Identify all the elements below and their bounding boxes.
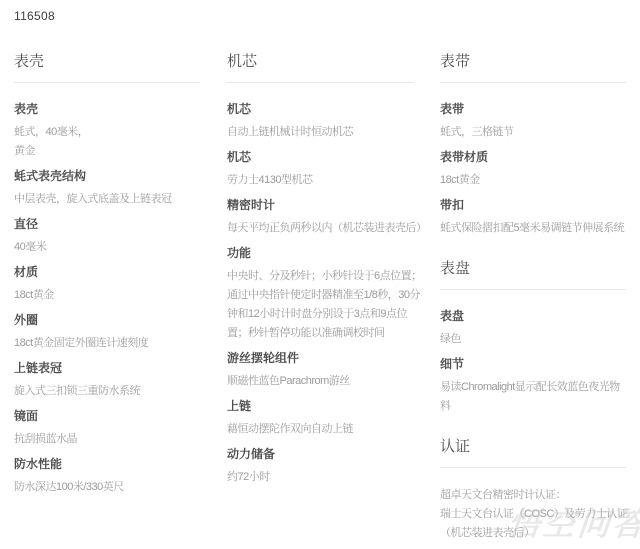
spec-value: 蚝式，40毫米， 黄金 — [14, 123, 214, 161]
spec-label: 机芯 — [227, 101, 427, 117]
spec-label: 带扣 — [440, 197, 640, 213]
spec-item: 表壳 蚝式，40毫米， 黄金 — [14, 101, 214, 161]
spec-item: 精密时计 每天平均正负两秒以内（机芯装进表壳后） — [227, 197, 427, 238]
section-title-dial: 表盘 — [440, 259, 626, 290]
spec-item: 动力储备 约72小时 — [227, 446, 427, 487]
section-title-bracelet: 表带 — [440, 52, 626, 83]
spec-value: 自动上链机械计时恒动机芯 — [227, 123, 427, 142]
spec-item: 材质 18ct黄金 — [14, 264, 214, 305]
spec-label: 直径 — [14, 216, 214, 232]
spec-value: 易读Chromalight显示配长效蓝色夜光物 料 — [440, 378, 640, 416]
spec-label: 精密时计 — [227, 197, 427, 213]
spec-label: 上链表冠 — [14, 360, 214, 376]
spec-label: 动力储备 — [227, 446, 427, 462]
spec-item: 功能 中央时、分及秒针；小秒针设于6点位置； 通过中央指针使定时器精准至1/8秒… — [227, 245, 427, 343]
spec-value: 每天平均正负两秒以内（机芯装进表壳后） — [227, 219, 427, 238]
spec-value: 顺磁性蓝色Parachrom游丝 — [227, 372, 427, 391]
spec-value: 藉恒动摆陀作双向自动上链 — [227, 420, 427, 439]
spec-value: 40毫米 — [14, 238, 214, 257]
spec-item: 直径 40毫米 — [14, 216, 214, 257]
section-movement: 机芯 机芯 自动上链机械计时恒动机芯 机芯 劳力士4130型机芯 精密时计 每天… — [227, 52, 427, 487]
spec-item: 上链 藉恒动摆陀作双向自动上链 — [227, 398, 427, 439]
spec-column-bracelet: 表带 表带 蚝式，三格链节 表带材质 18ct黄金 带扣 蚝式保险摺扣配5毫米易… — [440, 52, 640, 549]
spec-label: 蚝式表壳结构 — [14, 168, 214, 184]
section-title-case: 表壳 — [14, 52, 200, 83]
section-title-movement: 机芯 — [227, 52, 413, 83]
spec-item: 上链表冠 旋入式三扣锁三重防水系统 — [14, 360, 214, 401]
spec-value: 中央时、分及秒针；小秒针设于6点位置； 通过中央指针使定时器精准至1/8秒，30… — [227, 267, 427, 343]
spec-label: 表壳 — [14, 101, 214, 117]
section-certification: 认证 超卓天文台精密时计认证： 瑞士天文台认证（COSC）及劳力士认证 （机芯装… — [440, 437, 640, 543]
spec-value: 约72小时 — [227, 468, 427, 487]
spec-label: 防水性能 — [14, 456, 214, 472]
spec-label: 机芯 — [227, 149, 427, 165]
spec-value: 中层表壳，旋入式底盖及上链表冠 — [14, 190, 214, 209]
spec-value: 超卓天文台精密时计认证： 瑞士天文台认证（COSC）及劳力士认证 （机芯装进表壳… — [440, 486, 640, 543]
spec-label: 表带材质 — [440, 149, 640, 165]
spec-item: 蚝式表壳结构 中层表壳，旋入式底盖及上链表冠 — [14, 168, 214, 209]
spec-value: 防水深达100米/330英尺 — [14, 478, 214, 497]
spec-label: 表盘 — [440, 308, 640, 324]
spec-label: 功能 — [227, 245, 427, 261]
section-bracelet: 表带 表带 蚝式，三格链节 表带材质 18ct黄金 带扣 蚝式保险摺扣配5毫米易… — [440, 52, 640, 238]
spec-item: 外圈 18ct黄金固定外圈连计速刻度 — [14, 312, 214, 353]
spec-label: 表带 — [440, 101, 640, 117]
spec-label: 上链 — [227, 398, 427, 414]
spec-item: 表带材质 18ct黄金 — [440, 149, 640, 190]
spec-value: 蚝式，三格链节 — [440, 123, 640, 142]
model-number: 116508 — [14, 8, 640, 24]
spec-item: 表盘 绿色 — [440, 308, 640, 349]
spec-label: 外圈 — [14, 312, 214, 328]
spec-label: 材质 — [14, 264, 214, 280]
spec-value: 劳力士4130型机芯 — [227, 171, 427, 190]
spec-value: 18ct黄金 — [14, 286, 214, 305]
spec-value: 旋入式三扣锁三重防水系统 — [14, 382, 214, 401]
spec-value: 抗刮损蓝水晶 — [14, 430, 214, 449]
spec-label: 镜面 — [14, 408, 214, 424]
spec-value: 18ct黄金 — [440, 171, 640, 190]
spec-item: 超卓天文台精密时计认证： 瑞士天文台认证（COSC）及劳力士认证 （机芯装进表壳… — [440, 486, 640, 543]
section-case: 表壳 表壳 蚝式，40毫米， 黄金 蚝式表壳结构 中层表壳，旋入式底盖及上链表冠… — [14, 52, 214, 497]
spec-label: 细节 — [440, 356, 640, 372]
spec-item: 游丝摆轮组件 顺磁性蓝色Parachrom游丝 — [227, 350, 427, 391]
section-dial: 表盘 表盘 绿色 细节 易读Chromalight显示配长效蓝色夜光物 料 — [440, 259, 640, 416]
spec-item: 机芯 自动上链机械计时恒动机芯 — [227, 101, 427, 142]
spec-item: 表带 蚝式，三格链节 — [440, 101, 640, 142]
spec-value: 绿色 — [440, 330, 640, 349]
section-title-certification: 认证 — [440, 437, 626, 468]
spec-column-movement: 机芯 机芯 自动上链机械计时恒动机芯 机芯 劳力士4130型机芯 精密时计 每天… — [227, 52, 427, 494]
spec-value: 18ct黄金固定外圈连计速刻度 — [14, 334, 214, 353]
spec-label: 游丝摆轮组件 — [227, 350, 427, 366]
spec-item: 带扣 蚝式保险摺扣配5毫米易调链节伸展系统 — [440, 197, 640, 238]
spec-columns: 表壳 表壳 蚝式，40毫米， 黄金 蚝式表壳结构 中层表壳，旋入式底盖及上链表冠… — [14, 52, 640, 549]
spec-item: 细节 易读Chromalight显示配长效蓝色夜光物 料 — [440, 356, 640, 416]
spec-item: 防水性能 防水深达100米/330英尺 — [14, 456, 214, 497]
spec-column-case: 表壳 表壳 蚝式，40毫米， 黄金 蚝式表壳结构 中层表壳，旋入式底盖及上链表冠… — [14, 52, 214, 504]
spec-value: 蚝式保险摺扣配5毫米易调链节伸展系统 — [440, 219, 640, 238]
spec-item: 镜面 抗刮损蓝水晶 — [14, 408, 214, 449]
spec-item: 机芯 劳力士4130型机芯 — [227, 149, 427, 190]
